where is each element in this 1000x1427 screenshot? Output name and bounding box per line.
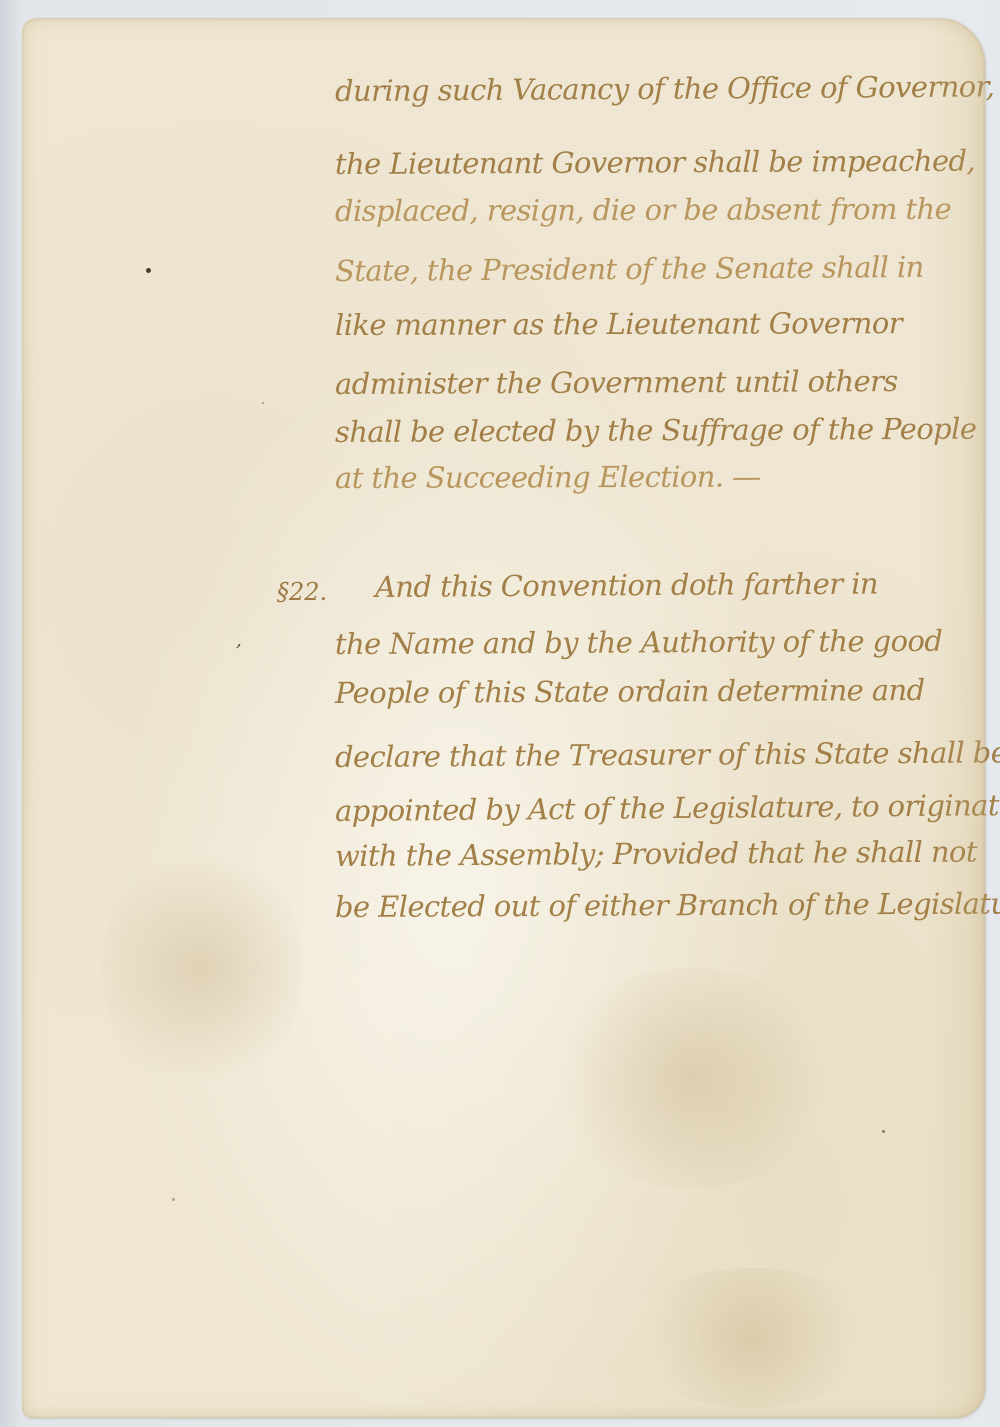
text-line-3: displaced, resign, die or be absent from… [335,192,951,228]
section-line-7: be Elected out of either Branch of the L… [335,886,1000,924]
section-line-2: the Name and by the Authority of the goo… [335,624,942,661]
manuscript-text: during such Vacancy of the Office of Gov… [22,18,985,1418]
text-line-1: during such Vacancy of the Office of Gov… [335,69,995,108]
text-line-8: at the Succeeding Election. — [335,460,761,495]
section-line-1: And this Convention doth farther in [375,566,878,604]
text-line-4: State, the President of the Senate shall… [335,250,924,288]
text-line-6: administer the Government until others [335,364,898,401]
section-number: §22. [277,578,327,606]
manuscript-page: , during such Vacancy of the Office of G… [22,18,985,1418]
section-line-5: appointed by Act of the Legislature, to … [335,788,1000,828]
section-line-4: declare that the Treasurer of this State… [335,735,1000,774]
text-line-5: like manner as the Lieutenant Governor [335,306,902,342]
section-line-3: People of this State ordain determine an… [335,673,925,710]
text-line-7: shall be elected by the Suffrage of the … [335,412,977,449]
text-line-2: the Lieutenant Governor shall be impeach… [335,144,975,181]
section-line-6: with the Assembly; Provided that he shal… [335,835,977,873]
